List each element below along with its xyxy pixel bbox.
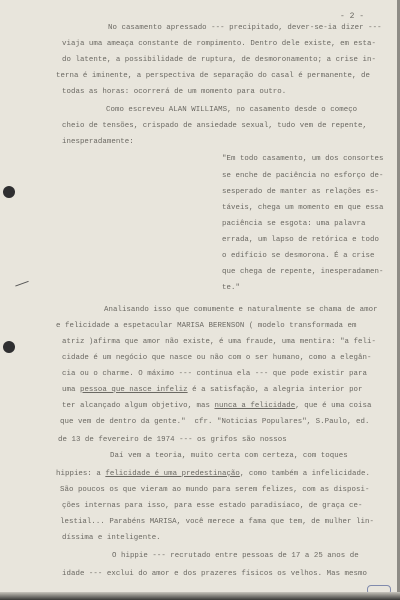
page-edge [0, 592, 400, 600]
quote-line: o edifício se desmorona. É a crise [222, 252, 375, 261]
quote-line: se enche de paciência no esforço de- [222, 172, 383, 181]
text-span: ter alcançado algum objetivo, mas [62, 402, 215, 410]
text-line: atriz )afirma que amor não existe, é uma… [62, 338, 376, 347]
punch-hole [3, 341, 15, 353]
typewritten-page: - 2 - No casamento apressado --- precipi… [0, 0, 398, 592]
text-line: ções internas para isso, para esse estad… [62, 502, 363, 511]
text-span: , que é uma coisa [295, 402, 371, 410]
text-line: terna é iminente, a perspectiva de separ… [56, 72, 370, 81]
quote-line: que chega de repente, inesperadamen- [222, 268, 383, 277]
text-line: cidade é um negócio que nasce ou não com… [62, 354, 371, 363]
text-line: cia ou o charme. O máximo --- continua e… [62, 370, 367, 379]
punch-hole [3, 186, 15, 198]
underlined-emphasis: felicidade é uma predestinação [105, 470, 240, 478]
text-line: cheio de tensões, crispado de ansiedade … [62, 122, 367, 131]
text-line: idade --- exclui do amor e dos prazeres … [62, 570, 367, 579]
text-line: todas as horas: ocorrerá de um momento p… [62, 88, 286, 97]
text-line: Daí vem a teoria, muito certa com certez… [110, 452, 348, 461]
text-line: que vem de dentro da gente." cfr. "Notic… [60, 418, 369, 427]
text-span: hippies: a [56, 470, 105, 478]
text-span: , como também a infelicidade. [240, 470, 370, 478]
text-line: inesperadamente: [62, 138, 134, 147]
text-span: é a satisfação, a alegria interior por [188, 386, 363, 394]
text-line: O hippie --- recrutado entre pessoas de … [112, 552, 359, 561]
text-line: de 13 de fevereiro de 1974 --- os grifos… [58, 436, 287, 445]
text-line: do latente, a possibilidade de ruptura, … [62, 56, 376, 65]
text-line: No casamento apressado --- precipitado, … [108, 24, 382, 33]
text-line: Analisando isso que comumente e naturalm… [104, 306, 378, 315]
text-line: uma pessoa que nasce infeliz é a satisfa… [62, 386, 363, 395]
quote-line: sesperado de manter as relações es- [222, 188, 379, 197]
text-span: uma [62, 386, 80, 394]
quote-line: táveis, chega um momento em que essa [222, 204, 383, 213]
quote-line: errada, um lapso de retórica e todo [222, 236, 379, 245]
quote-line: te." [222, 284, 240, 293]
underlined-emphasis: pessoa que nasce infeliz [80, 386, 188, 394]
text-line: ter alcançado algum objetivo, mas nunca … [62, 402, 371, 411]
quote-line: "Em todo casamento, um dos consortes [222, 155, 383, 164]
underlined-emphasis: nunca a felicidade [215, 402, 296, 410]
page-number: - 2 - [340, 12, 364, 21]
text-line: Como escreveu ALAN WILLIAMS, no casament… [106, 106, 357, 115]
text-line: hippies: a felicidade é uma predestinaçã… [56, 470, 370, 479]
text-line: díssima e inteligente. [62, 534, 161, 543]
quote-line: paciência se esgota: uma palavra [222, 220, 366, 229]
text-line: São poucos os que vieram ao mundo para s… [60, 486, 369, 495]
text-line: lestial... Parabéns MARISA, você merece … [60, 518, 374, 527]
text-line: e felicidade a espetacular MARISA BERENS… [56, 322, 357, 331]
text-line: viaja uma ameaça constante de rompimento… [62, 40, 376, 49]
